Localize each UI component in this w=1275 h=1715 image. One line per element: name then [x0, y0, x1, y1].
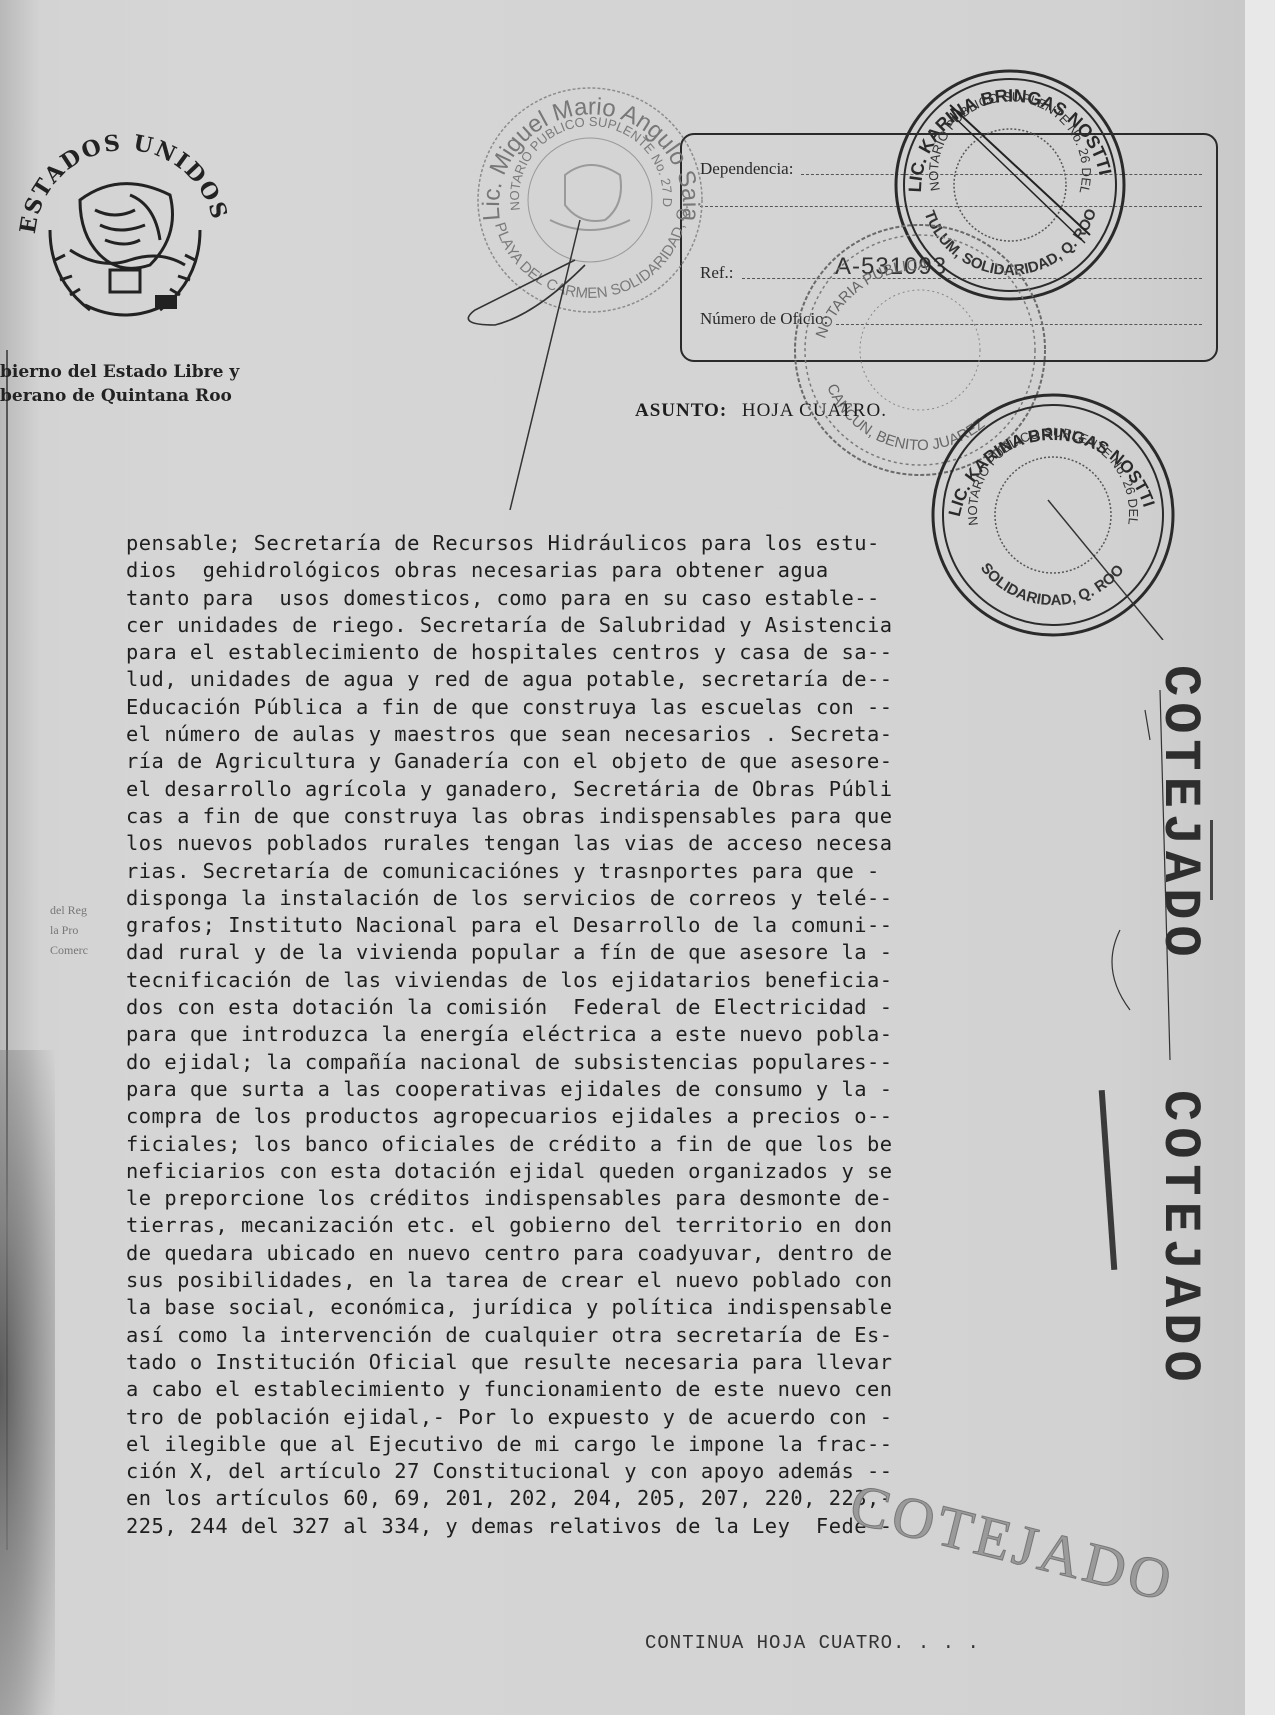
body-line: los nuevos poblados rurales tengan las v…: [126, 830, 1086, 857]
cotejado-stamp-vertical-2: COTEJADO: [1150, 1090, 1209, 1388]
signature-icon: [460, 200, 600, 520]
body-line: para que surta a las cooperativas ejidal…: [126, 1076, 1086, 1103]
subject-line: ASUNTO: HOJA CUATRO.: [635, 400, 887, 422]
body-line: sus posibilidades, en la tarea de crear …: [126, 1267, 1086, 1294]
body-line: le preporcione los créditos indispensabl…: [126, 1185, 1086, 1212]
body-line: el ilegible que al Ejecutivo de mi cargo…: [126, 1431, 1086, 1458]
body-line: ría de Agricultura y Ganadería con el ob…: [126, 748, 1086, 775]
body-line: ficiales; los banco oficiales de crédito…: [126, 1131, 1086, 1158]
coat-of-arms-icon: ESTADOS UNIDOS MEXICANOS: [10, 110, 240, 340]
body-line: cas a fin de que construya las obras ind…: [126, 803, 1086, 830]
svg-text:NOTARIA PUBLICA: NOTARIA PUBLICA: [813, 257, 928, 341]
coat-of-arms-text: ESTADOS UNIDOS MEXICANOS: [10, 110, 235, 235]
body-line: disponga la instalación de los servicios…: [126, 885, 1086, 912]
body-line: la base social, económica, jurídica y po…: [126, 1294, 1086, 1321]
body-line: rias. Secretaría de comunicaciónes y tra…: [126, 858, 1086, 885]
document-body: pensable; Secretaría de Recursos Hidrául…: [126, 530, 1086, 1540]
body-line: do ejidal; la compañía nacional de subsi…: [126, 1049, 1086, 1076]
body-line: para el establecimiento de hospitales ce…: [126, 639, 1086, 666]
body-line: grafos; Instituto Nacional para el Desar…: [126, 912, 1086, 939]
government-name: bierno del Estado Libre y berano de Quin…: [0, 360, 239, 408]
body-line: el número de aulas y maestros que sean n…: [126, 721, 1086, 748]
dependencia-label: Dependencia:: [700, 159, 793, 179]
signature-scribble-icon: [1100, 680, 1190, 1080]
subject-value: HOJA CUATRO.: [742, 400, 887, 421]
body-line: tado o Institución Oficial que resulte n…: [126, 1349, 1086, 1376]
body-line: tanto para usos domesticos, como para en…: [126, 585, 1086, 612]
body-line: neficiarios con esta dotación ejidal que…: [126, 1158, 1086, 1185]
body-line: de quedara ubicado en nuevo centro para …: [126, 1240, 1086, 1267]
body-line: así como la intervención de cualquier ot…: [126, 1322, 1086, 1349]
body-line: tecnificación de las viviendas de los ej…: [126, 967, 1086, 994]
margin-note: la Pro: [50, 920, 88, 940]
continuation-note: CONTINUA HOJA CUATRO. . . .: [645, 1632, 980, 1654]
body-line: ción X, del artículo 27 Constitucional y…: [126, 1458, 1086, 1485]
stamp-bar: [1099, 1090, 1118, 1270]
stamp-bar: [1210, 820, 1213, 900]
body-line: pensable; Secretaría de Recursos Hidrául…: [126, 530, 1086, 557]
body-line: el desarrollo agrícola y ganadero, Secre…: [126, 776, 1086, 803]
margin-note: del Reg: [50, 900, 88, 920]
subject-label: ASUNTO:: [635, 400, 727, 421]
body-line: lud, unidades de agua y red de agua pota…: [126, 666, 1086, 693]
government-name-line1: bierno del Estado Libre y: [0, 360, 239, 384]
scan-edge: [1245, 0, 1275, 1715]
svg-text:ESTADOS UNIDOS MEXICANOS: ESTADOS UNIDOS MEXICANOS: [10, 110, 235, 235]
body-line: cer unidades de riego. Secretaría de Sal…: [126, 612, 1086, 639]
government-name-line2: berano de Quintana Roo: [0, 384, 239, 408]
body-line: tierras, mecanización etc. el gobierno d…: [126, 1212, 1086, 1239]
body-line: Educación Pública a fin de que construya…: [126, 694, 1086, 721]
body-line: para que introduzca la energía eléctrica…: [126, 1021, 1086, 1048]
margin-note: Comerc: [50, 940, 88, 960]
margin-notes: del Reg la Pro Comerc: [50, 900, 88, 960]
body-line: dios gehidrológicos obras necesarias par…: [126, 557, 1086, 584]
body-line: compra de los productos agropecuarios ej…: [126, 1103, 1086, 1130]
body-line: dos con esta dotación la comisión Federa…: [126, 994, 1086, 1021]
scan-shadow: [0, 1050, 55, 1715]
seal-cancun-outer-text: NOTARIA PUBLICA: [813, 257, 928, 341]
body-line: tro de población ejidal,- Por lo expuest…: [126, 1404, 1086, 1431]
body-line: dad rural y de la vivienda popular a fín…: [126, 939, 1086, 966]
document-page: ESTADOS UNIDOS MEXICANOS bierno del Esta…: [0, 0, 1250, 1715]
body-line: a cabo el establecimiento y funcionamien…: [126, 1376, 1086, 1403]
